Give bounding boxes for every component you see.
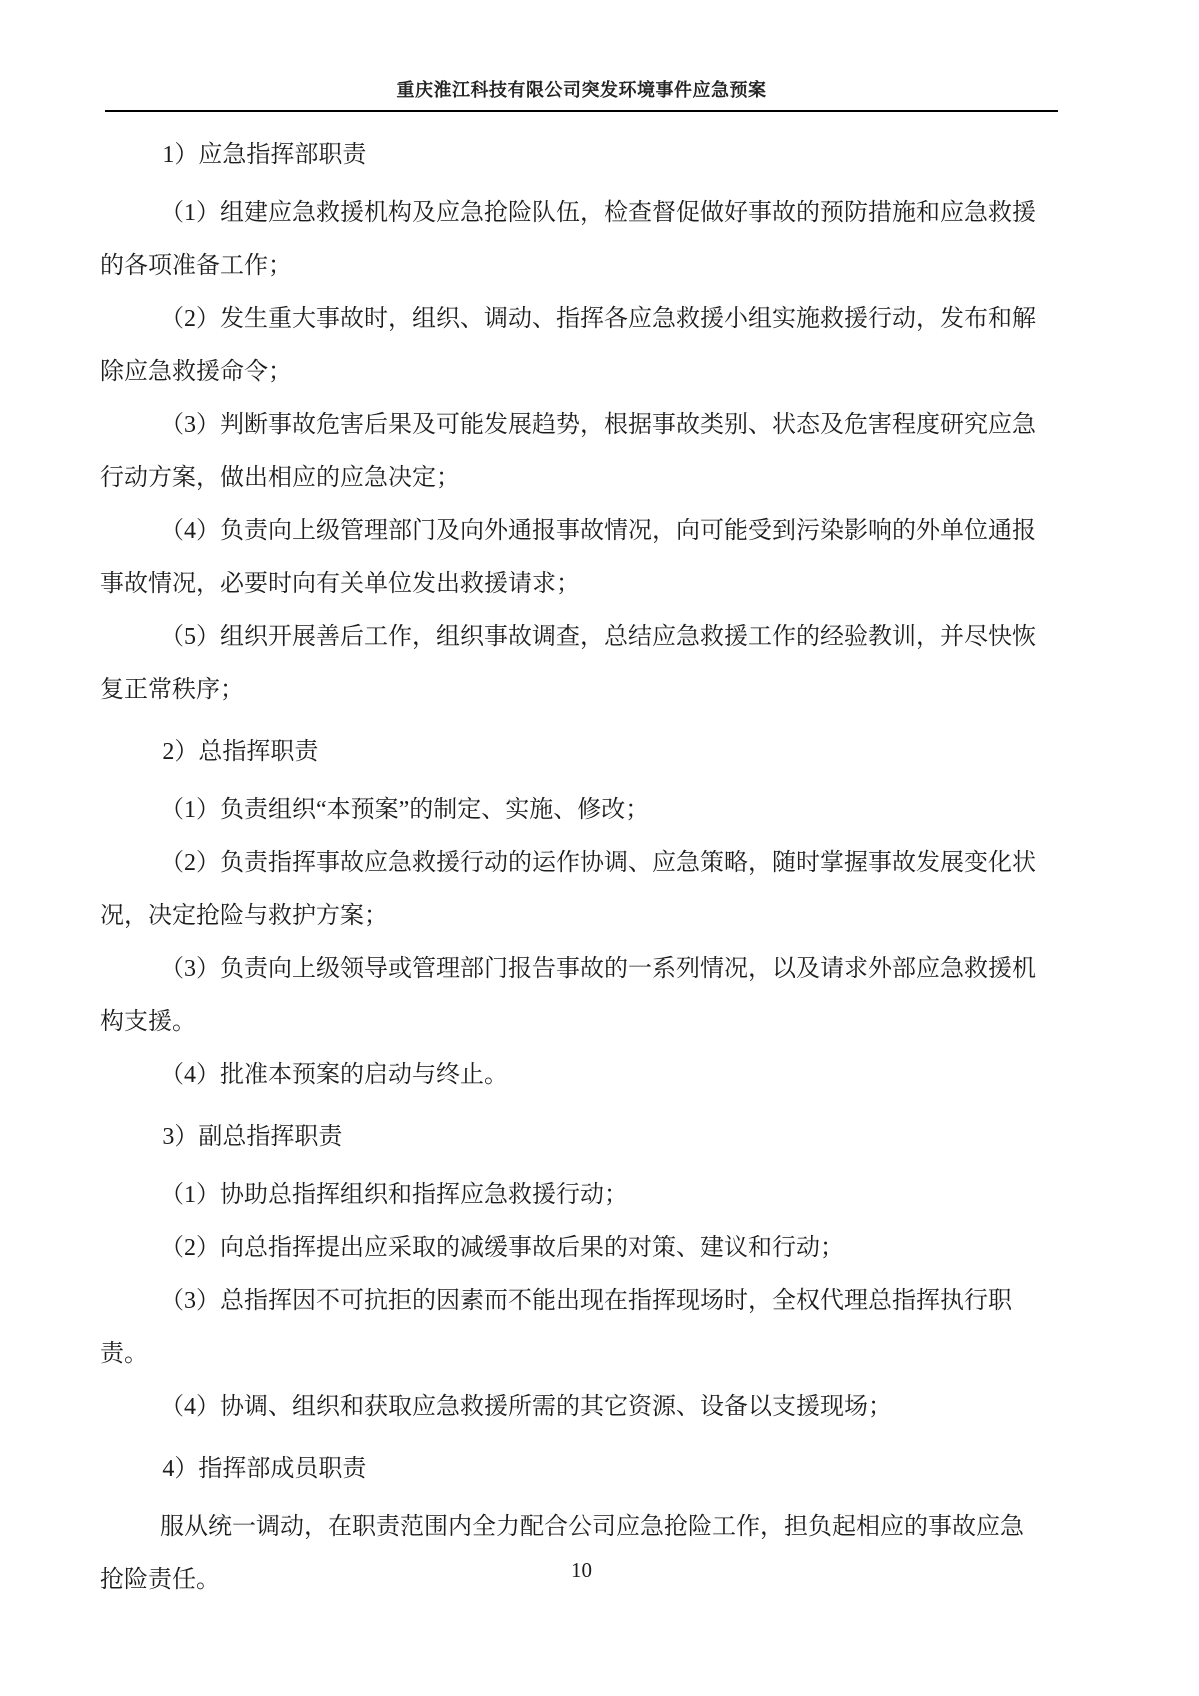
- paragraph: （4）批准本预案的启动与终止。: [100, 1049, 1110, 1102]
- header-title: 重庆淮江科技有限公司突发环境事件应急预案: [397, 80, 767, 100]
- paragraph: （1）协助总指挥组织和指挥应急救援行动；: [100, 1169, 1110, 1222]
- section-heading-3: 3）副总指挥职责: [100, 1111, 1110, 1164]
- paragraph: （1）负责组织“本预案”的制定、实施、修改；: [100, 784, 1110, 837]
- section-heading-1: 1）应急指挥部职责: [100, 129, 1110, 182]
- paragraph: （3）总指挥因不可抗拒的因素而不能出现在指挥现场时，全权代理总指挥执行职 责。: [100, 1275, 1110, 1381]
- paragraph: 服从统一调动，在职责范围内全力配合公司应急抢险工作，担负起相应的事故应急 抢险责…: [100, 1501, 1110, 1607]
- paragraph: （2）向总指挥提出应采取的减缓事故后果的对策、建议和行动；: [100, 1222, 1110, 1275]
- section-heading-2: 2）总指挥职责: [100, 726, 1110, 779]
- page-footer: 10: [105, 1558, 1058, 1583]
- document-page: 重庆淮江科技有限公司突发环境事件应急预案 1）应急指挥部职责 （1）组建应急救援…: [0, 0, 1199, 1696]
- paragraph: （3）判断事故危害后果及可能发展趋势，根据事故类别、状态及危害程度研究应急 行动…: [100, 399, 1110, 505]
- paragraph: （2）负责指挥事故应急救援行动的运作协调、应急策略，随时掌握事故发展变化状 况，…: [100, 837, 1110, 943]
- section-heading-4: 4）指挥部成员职责: [100, 1443, 1110, 1496]
- paragraph: （5）组织开展善后工作，组织事故调查，总结应急救援工作的经验教训，并尽快恢 复正…: [100, 611, 1110, 717]
- paragraph: （2）发生重大事故时，组织、调动、指挥各应急救援小组实施救援行动，发布和解 除应…: [100, 293, 1110, 399]
- header-rule: [105, 110, 1058, 112]
- paragraph: （4）协调、组织和获取应急救援所需的其它资源、设备以支援现场；: [100, 1381, 1110, 1434]
- page-number: 10: [571, 1558, 592, 1582]
- document-body: 1）应急指挥部职责 （1）组建应急救援机构及应急抢险队伍，检查督促做好事故的预防…: [100, 120, 1110, 1607]
- paragraph: （4）负责向上级管理部门及向外通报事故情况，向可能受到污染影响的外单位通报 事故…: [100, 505, 1110, 611]
- page-header: 重庆淮江科技有限公司突发环境事件应急预案: [105, 76, 1058, 102]
- paragraph: （1）组建应急救援机构及应急抢险队伍，检查督促做好事故的预防措施和应急救援 的各…: [100, 187, 1110, 293]
- paragraph: （3）负责向上级领导或管理部门报告事故的一系列情况，以及请求外部应急救援机 构支…: [100, 943, 1110, 1049]
